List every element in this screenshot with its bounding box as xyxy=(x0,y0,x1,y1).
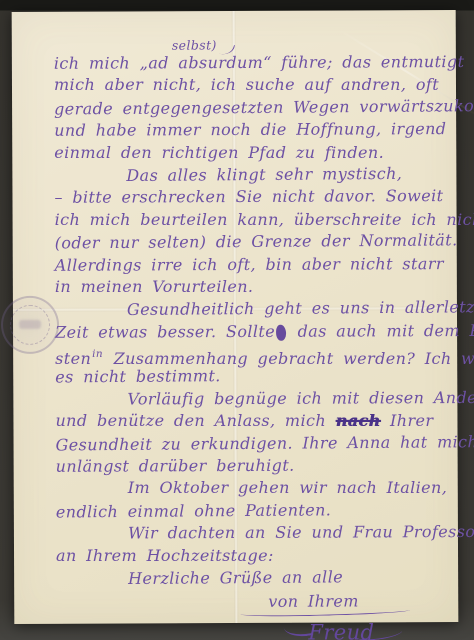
text-segment: Im Oktober gehen wir nach Italien, xyxy=(128,478,448,497)
letter-line: ich mich beurteilen kann, überschreite i… xyxy=(55,209,451,231)
letter-line: endlich einmal ohne Patienten. xyxy=(56,498,452,524)
letter-line: und habe immer noch die Hoffnung, irgend xyxy=(54,118,450,142)
letter-line: und benütze den Anlass, mich nach Ihrer xyxy=(55,410,451,432)
text-segment: in meinen Vorurteilen. xyxy=(55,277,254,296)
letter-line: (oder nur selten) die Grenze der Normali… xyxy=(55,229,451,255)
letter-line: Gesundheit zu erkundigen. Ihre Anna hat … xyxy=(55,431,451,457)
letter-line: Zeit etwas besser. Sollte das auch mit d… xyxy=(55,320,451,344)
letter-line: unlängst darüber beruhigt. xyxy=(56,454,452,478)
text-segment: von Ihrem xyxy=(268,592,359,611)
signature: Freud xyxy=(284,617,452,640)
letter-line: Wir dachten an Sie und Frau Professor, xyxy=(128,521,452,545)
letter-line: einmal den richtigen Pfad zu finden. xyxy=(54,141,450,163)
text-segment: ich mich beurteilen kann, überschreite i… xyxy=(55,210,474,229)
text-segment: gerade entgegengesetzten Wegen vorwärtsz… xyxy=(54,96,474,119)
letter-page: selbst)ich mich „ad absurdum“ führe; das… xyxy=(12,10,459,624)
text-segment: Das alles klingt sehr mystisch, xyxy=(126,164,402,185)
text-segment: ich mich „ad absurdum“ führe; das entmut… xyxy=(54,52,465,73)
letter-line: – bitte erschrecken Sie nicht davor. Sow… xyxy=(54,185,450,209)
letter-line: selbst) xyxy=(172,36,450,53)
letter-line: gerade entgegengesetzten Wegen vorwärtsz… xyxy=(54,95,450,121)
letter-line: Das alles klingt sehr mystisch, xyxy=(126,162,450,187)
text-segment: sten xyxy=(55,349,91,368)
text-segment: – bitte erschrecken Sie nicht davor. Sow… xyxy=(54,186,443,207)
letter-line: Herzliche Grüße an alle xyxy=(128,565,452,590)
letter-line: von Ihrem xyxy=(268,590,452,613)
ink-blot xyxy=(276,324,286,340)
text-segment: Zeit etwas besser. Sollte xyxy=(55,322,275,342)
letter-line: Allerdings irre ich oft, bin aber nicht … xyxy=(55,253,451,277)
text-segment: Freud xyxy=(308,620,374,640)
text-segment: an Ihrem Hochzeitstage: xyxy=(56,546,274,565)
letter-line: ich mich „ad absurdum“ führe; das entmut… xyxy=(54,51,450,75)
struck-word: nach xyxy=(336,411,381,430)
text-segment: es nicht bestimmt. xyxy=(55,367,221,387)
text-segment: unlängst darüber beruhigt. xyxy=(56,456,295,476)
letter-line: in meinen Vorurteilen. xyxy=(55,276,451,298)
text-segment: (oder nur selten) die Grenze der Normali… xyxy=(55,230,458,252)
letter-line: mich aber nicht, ich suche auf andren, o… xyxy=(54,74,450,96)
letter-body: selbst)ich mich „ad absurdum“ führe; das… xyxy=(12,10,459,624)
text-segment: selbst) xyxy=(172,37,217,52)
letter-line: Gesundheitlich geht es uns in allerletzt… xyxy=(127,297,451,322)
text-segment: Vorläufig begnüge ich mit diesen Andeutu… xyxy=(127,387,474,408)
letter-line: an Ihrem Hochzeitstage: xyxy=(56,545,452,567)
text-segment: endlich einmal ohne Patienten. xyxy=(56,500,332,521)
text-segment: Gesundheit zu erkundigen. Ihre Anna hat … xyxy=(55,432,474,454)
text-segment: mich aber nicht, ich suche auf andren, o… xyxy=(54,75,439,94)
letter-line: stenin Zusammenhang gebracht werden? Ich… xyxy=(55,343,451,365)
text-segment: Herzliche Grüße an alle xyxy=(128,567,343,588)
text-segment: Gesundheitlich geht es uns in allerletzt… xyxy=(127,297,474,319)
text-segment: Ihrer xyxy=(381,411,434,430)
text-segment: einmal den richtigen Pfad zu finden. xyxy=(54,142,384,161)
letter-line: Im Oktober gehen wir nach Italien, xyxy=(128,477,452,499)
text-segment: und benütze den Anlass, mich xyxy=(55,411,335,430)
letter-line: es nicht bestimmt. xyxy=(55,364,451,390)
superscript-insertion: in xyxy=(92,348,103,360)
text-segment: das auch mit dem Psychi- xyxy=(288,320,474,340)
letter-line: Vorläufig begnüge ich mit diesen Andeutu… xyxy=(127,387,451,411)
text-segment: Wir dachten an Sie und Frau Professor, xyxy=(128,522,474,543)
text-segment: Allerdings irre ich oft, bin aber nicht … xyxy=(55,254,444,275)
text-segment: und habe immer noch die Hoffnung, irgend xyxy=(54,119,446,140)
